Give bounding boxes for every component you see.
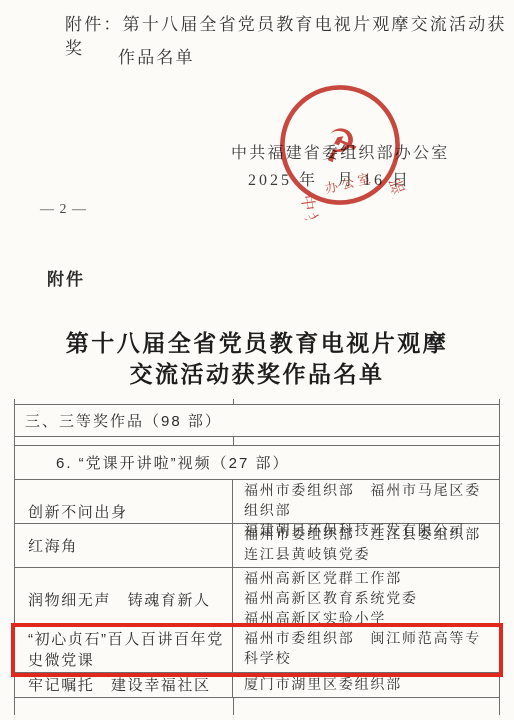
column-divider	[233, 698, 234, 715]
work-title: 润物细无声 铸魂育新人	[15, 568, 233, 632]
attachment-note-line2: 作品名单	[118, 46, 195, 70]
column-divider	[233, 437, 234, 445]
awards-table: 三、三等奖作品（98 部） 6. “党课开讲啦”视频（27 部） 创新不问出身 …	[14, 399, 500, 715]
page-number: — 2 —	[40, 202, 87, 218]
section-header-row: 三、三等奖作品（98 部）	[15, 404, 499, 437]
table-row: 创新不问出身 福州市委组织部 福州市马尾区委组织部 福建朝日环保科技开发有限公司	[15, 480, 499, 524]
table-row: 红海角 福州市委组织部 连江县委组织部 连江县黄岐镇党委	[15, 524, 499, 568]
work-orgs: 福州市委组织部 闽江师范高等专科学校	[233, 627, 499, 673]
subsection-header-row: 6. “党课开讲啦”视频（27 部）	[15, 446, 499, 480]
table-spacer	[15, 437, 499, 446]
work-title: 红海角	[15, 524, 233, 568]
work-title: 牢记嘱托 建设幸福社区	[15, 673, 233, 698]
org-line: 连江县黄岐镇党委	[244, 546, 495, 566]
column-divider	[233, 399, 234, 404]
org-line: 福州市委组织部 福州市马尾区委组织部	[244, 482, 495, 522]
org-line: 福州市委组织部 闽江师范高等专科学校	[244, 630, 495, 670]
document-title-line1: 第十八届全省党员教育电视片观摩	[0, 325, 514, 358]
table-partial-row	[15, 698, 499, 715]
org-line: 福州高新区教育系统党委	[244, 590, 495, 610]
table-row: 润物细无声 铸魂育新人 福州高新区党群工作部 福州高新区教育系统党委 福州高新区…	[15, 568, 499, 627]
table-spacer	[15, 399, 499, 404]
table-row-highlighted: “初心贞石”百人百讲百年党史微党课 福州市委组织部 闽江师范高等专科学校	[15, 627, 499, 673]
document-page: 附件：第十八届全省党员教育电视片观摩交流活动获奖 作品名单 中共福建省委组织部办…	[0, 0, 514, 720]
issue-date: 2025 年 月 16 日	[248, 167, 411, 190]
table-row: 牢记嘱托 建设幸福社区 厦门市湖里区委组织部	[15, 673, 499, 698]
work-orgs: 厦门市湖里区委组织部	[233, 673, 499, 698]
work-orgs: 福州市委组织部 连江县委组织部 连江县黄岐镇党委	[233, 524, 499, 568]
org-line: 厦门市湖里区委组织部	[244, 676, 495, 696]
attachment-heading: 附件	[47, 265, 85, 290]
work-title: “初心贞石”百人百讲百年党史微党课	[15, 627, 233, 673]
org-line: 福州高新区党群工作部	[244, 570, 495, 590]
document-title-line2: 交流活动获奖作品名单	[0, 356, 514, 389]
org-line: 福州市委组织部 连江县委组织部	[244, 526, 495, 546]
work-orgs: 福州高新区党群工作部 福州高新区教育系统党委 福州高新区实验小学	[233, 568, 499, 632]
issuing-office: 中共福建省委组织部办公室	[231, 140, 449, 163]
